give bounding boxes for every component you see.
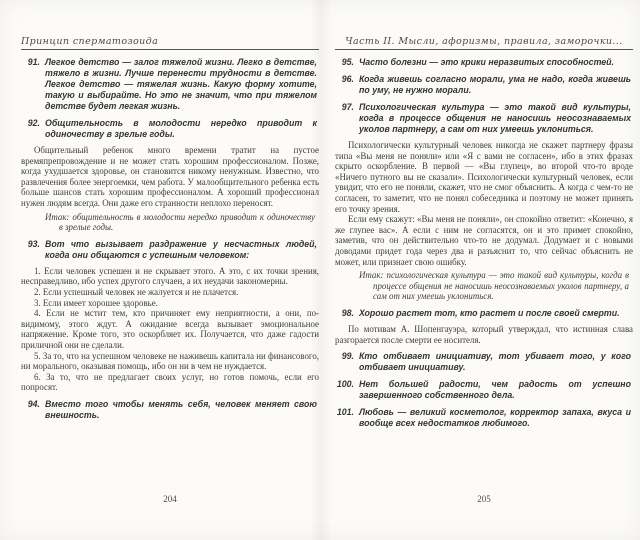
aphorism-93-number: 93. bbox=[21, 239, 45, 261]
aphorism-94-text: Вместо того чтобы менять себя, человек м… bbox=[45, 399, 319, 421]
aphorism-93: 93. Вот что вызывает раздражение у несча… bbox=[21, 239, 319, 261]
list-item-1: 1. Если человек успешен и не скрывает эт… bbox=[21, 266, 319, 287]
list-item-5: 5. За то, что на успешном человеке не на… bbox=[21, 351, 319, 372]
list-item-6: 6. За то, что не предлагает своих услуг,… bbox=[21, 372, 319, 393]
page-right: Часть II. Мысли, афоризмы, правила, замо… bbox=[335, 0, 633, 540]
aphorism-99: 99. Кто отбивает инициативу, тот убивает… bbox=[335, 351, 633, 373]
page-left: Принцип сперматозоида 91. Легкое детство… bbox=[21, 0, 319, 540]
aphorism-92: 92. Общительность в молодости нередко пр… bbox=[21, 118, 319, 140]
aphorism-97: 97. Психологическая культура — это такой… bbox=[335, 102, 633, 135]
aphorism-101: 101. Любовь — великий косметолог, коррек… bbox=[335, 407, 633, 429]
aphorism-98-number: 98. bbox=[335, 308, 359, 319]
aphorism-100-number: 100. bbox=[335, 379, 359, 401]
page-number-right: 205 bbox=[335, 494, 633, 504]
aphorism-95: 95. Часто болезни — это крики неразвитых… bbox=[335, 57, 633, 68]
itak-97: Итак: психологическая культура — это так… bbox=[335, 270, 629, 302]
aphorism-91: 91. Легкое детство — залог тяжелой жизни… bbox=[21, 57, 319, 112]
page-number-left: 204 bbox=[21, 494, 319, 504]
aphorism-96-text: Когда живешь согласно морали, ума не над… bbox=[359, 74, 633, 96]
commentary-97-b: Если ему скажут: «Вы меня не поняли», он… bbox=[335, 214, 633, 267]
book-scan: Принцип сперматозоида 91. Легкое детство… bbox=[0, 0, 640, 540]
list-item-3: 3. Если имеет хорошее здоровье. bbox=[21, 298, 319, 309]
aphorism-101-number: 101. bbox=[335, 407, 359, 429]
aphorism-98: 98. Хорошо растет тот, кто растет и посл… bbox=[335, 308, 633, 319]
aphorism-98-text: Хорошо растет тот, кто растет и после св… bbox=[359, 308, 633, 319]
aphorism-92-text: Общительность в молодости нередко привод… bbox=[45, 118, 319, 140]
list-item-2: 2. Если успешный человек не жалуется и н… bbox=[21, 287, 319, 298]
itak-92: Итак: общительность в молодости нередко … bbox=[21, 212, 315, 233]
running-head-left: Принцип сперматозоида bbox=[21, 36, 319, 50]
aphorism-94-number: 94. bbox=[21, 399, 45, 421]
aphorism-97-text: Психологическая культура — это такой вид… bbox=[359, 102, 633, 135]
aphorism-100-text: Нет большей радости, чем радость от успе… bbox=[359, 379, 633, 401]
aphorism-101-text: Любовь — великий косметолог, корректор з… bbox=[359, 407, 633, 429]
aphorism-93-text: Вот что вызывает раздражение у несчастны… bbox=[45, 239, 319, 261]
list-item-4: 4. Если не мстит тем, кто причиняет ему … bbox=[21, 308, 319, 350]
aphorism-92-number: 92. bbox=[21, 118, 45, 140]
aphorism-96-number: 96. bbox=[335, 74, 359, 96]
aphorism-94: 94. Вместо того чтобы менять себя, челов… bbox=[21, 399, 319, 421]
commentary-97-a: Психологически культурный человек никогд… bbox=[335, 140, 633, 214]
aphorism-95-text: Часто болезни — это крики неразвитых спо… bbox=[359, 57, 633, 68]
running-head-right: Часть II. Мысли, афоризмы, правила, замо… bbox=[335, 36, 633, 50]
aphorism-99-number: 99. bbox=[335, 351, 359, 373]
aphorism-96: 96. Когда живешь согласно морали, ума не… bbox=[335, 74, 633, 96]
aphorism-97-number: 97. bbox=[335, 102, 359, 135]
aphorism-95-number: 95. bbox=[335, 57, 359, 68]
commentary-92: Общительный ребенок много времени тратит… bbox=[21, 145, 319, 209]
commentary-98: По мотивам А. Шопенгауэра, который утвер… bbox=[335, 324, 633, 345]
aphorism-91-number: 91. bbox=[21, 57, 45, 112]
aphorism-91-text: Легкое детство — залог тяжелой жизни. Ле… bbox=[45, 57, 319, 112]
aphorism-99-text: Кто отбивает инициативу, тот убивает тог… bbox=[359, 351, 633, 373]
aphorism-100: 100. Нет большей радости, чем радость от… bbox=[335, 379, 633, 401]
